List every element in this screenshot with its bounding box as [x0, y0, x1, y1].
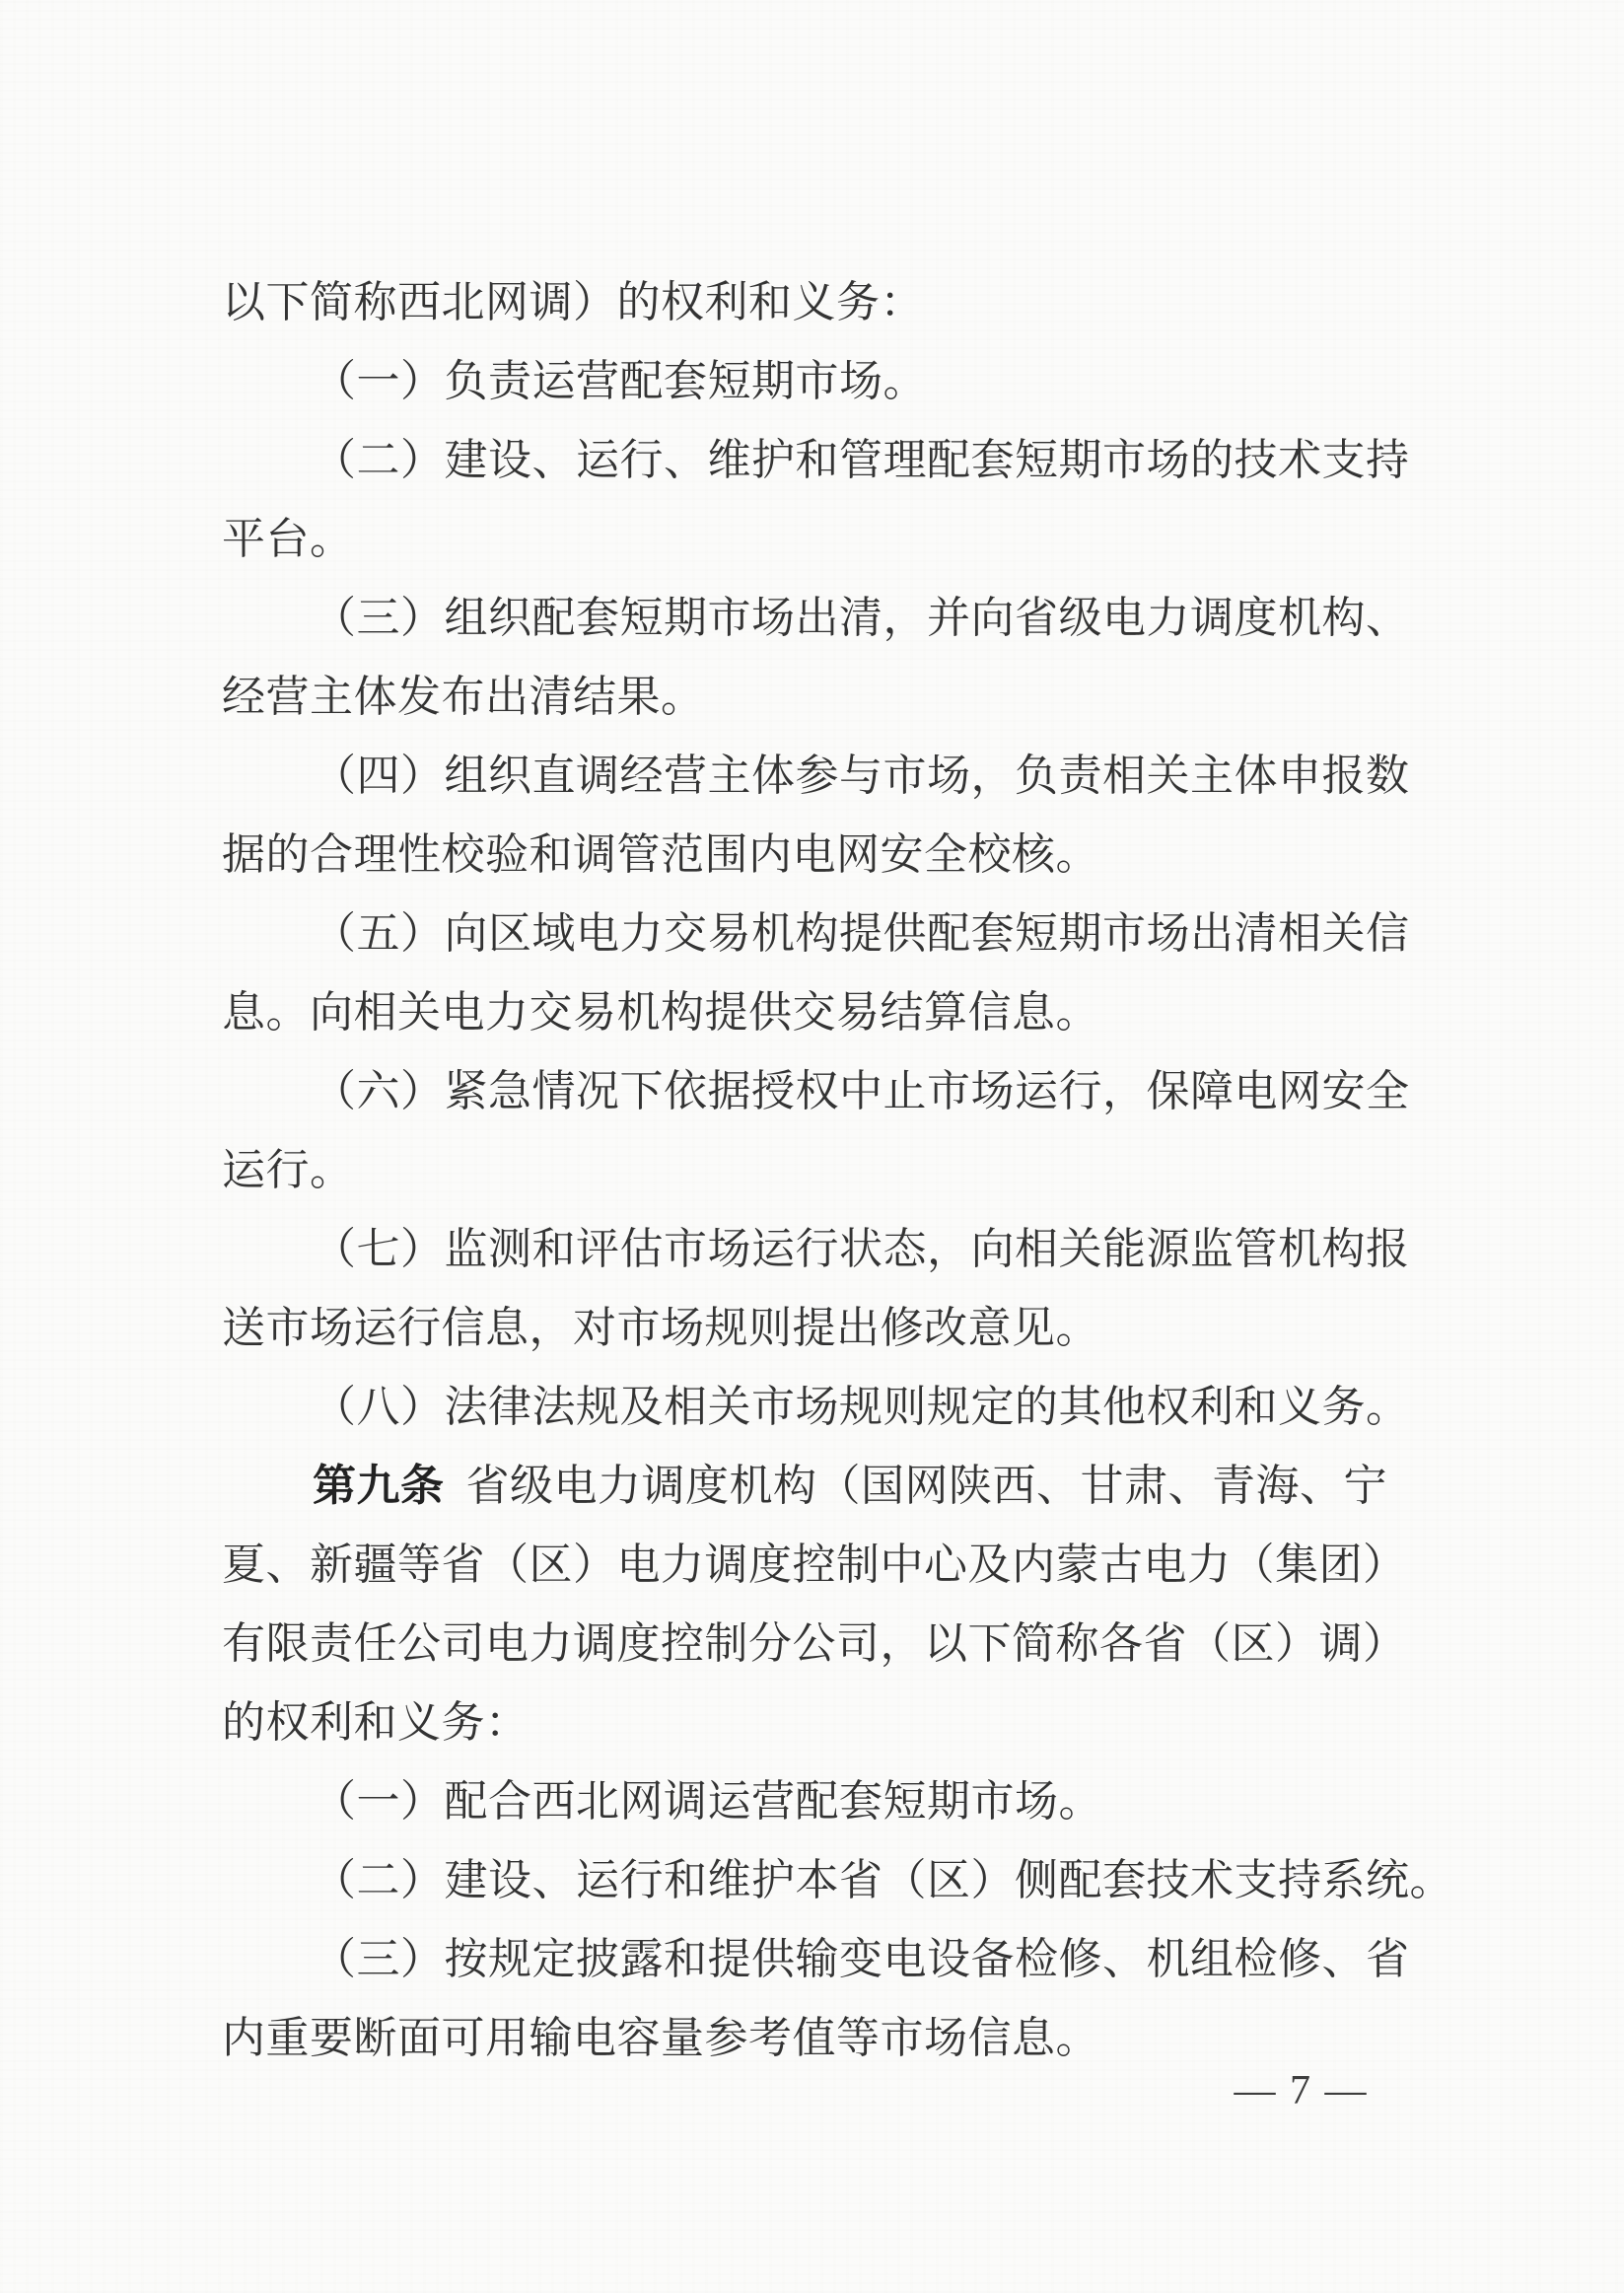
- article-number-label: 第九条: [313, 1462, 445, 1510]
- text-line-20: （一）配合西北网调运营配套短期市场。: [222, 1762, 1420, 1841]
- text-line-9: （五）向区域电力交易机构提供配套短期市场出清相关信: [222, 895, 1420, 973]
- text-line-8: 据的合理性校验和调管范围内电网安全校核。: [222, 816, 1420, 895]
- document-body: 以下简称西北网调）的权利和义务： （一）负责运营配套短期市场。 （二）建设、运行…: [222, 263, 1420, 2078]
- text-line-2: （一）负责运营配套短期市场。: [222, 342, 1420, 421]
- text-line-15: （八）法律法规及相关市场规则规定的其他权利和义务。: [222, 1368, 1420, 1447]
- text-line-5: （三）组织配套短期市场出清，并向省级电力调度机构、: [222, 579, 1420, 658]
- text-line-4: 平台。: [222, 500, 1420, 579]
- text-line-10: 息。向相关电力交易机构提供交易结算信息。: [222, 973, 1420, 1052]
- document-page: 以下简称西北网调）的权利和义务： （一）负责运营配套短期市场。 （二）建设、运行…: [0, 0, 1624, 2293]
- text-line-14: 送市场运行信息，对市场规则提出修改意见。: [222, 1289, 1420, 1368]
- text-line-22: （三）按规定披露和提供输变电设备检修、机组检修、省: [222, 1920, 1420, 1999]
- text-line-6: 经营主体发布出清结果。: [222, 658, 1420, 737]
- text-line-16: 第九条省级电力调度机构（国网陕西、甘肃、青海、宁: [222, 1447, 1420, 1526]
- page-number: — 7 —: [1215, 2065, 1387, 2116]
- text-line-12: 运行。: [222, 1131, 1420, 1210]
- text-line-7: （四）组织直调经营主体参与市场，负责相关主体申报数: [222, 737, 1420, 816]
- text-line-3: （二）建设、运行、维护和管理配套短期市场的技术支持: [222, 421, 1420, 500]
- article-line-text: 省级电力调度机构（国网陕西、甘肃、青海、宁: [466, 1462, 1388, 1510]
- text-line-21: （二）建设、运行和维护本省（区）侧配套技术支持系统。: [222, 1841, 1420, 1920]
- text-line-17: 夏、新疆等省（区）电力调度控制中心及内蒙古电力（集团）: [222, 1526, 1420, 1605]
- text-line-19: 的权利和义务：: [222, 1684, 1420, 1762]
- text-line-11: （六）紧急情况下依据授权中止市场运行，保障电网安全: [222, 1052, 1420, 1131]
- text-line-13: （七）监测和评估市场运行状态，向相关能源监管机构报: [222, 1210, 1420, 1289]
- text-line-1: 以下简称西北网调）的权利和义务：: [222, 263, 1420, 342]
- text-line-18: 有限责任公司电力调度控制分公司，以下简称各省（区）调）: [222, 1605, 1420, 1684]
